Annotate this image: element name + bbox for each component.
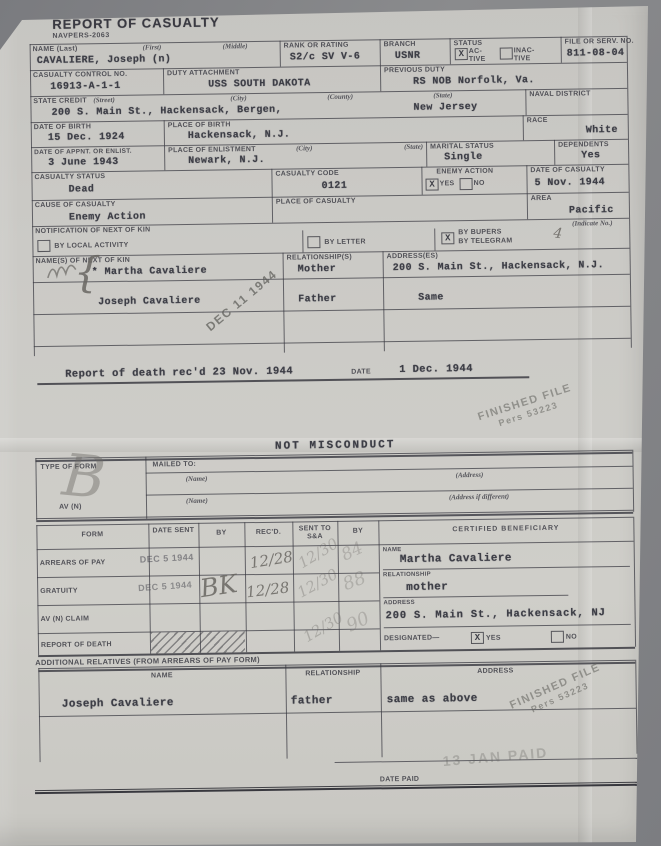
name-label: NAME (Last) <box>33 45 78 54</box>
line <box>35 458 37 520</box>
pob-value: Hackensack, N.J. <box>188 131 291 142</box>
marital-value: Single <box>444 153 483 164</box>
beneficiary-name: Martha Cavaliere <box>400 553 512 566</box>
date-paid-label: DATE PAID <box>380 776 419 785</box>
enlist-date-value: 3 June 1943 <box>48 158 119 169</box>
line <box>164 120 165 145</box>
enemy-no-label: NO <box>474 180 485 188</box>
row-av-claim-label: AV (N) CLAIM <box>41 615 90 624</box>
line <box>272 197 273 223</box>
date-label: DATE <box>351 368 371 376</box>
active-checkbox: X <box>455 48 468 60</box>
av-name-label: (Name) <box>186 498 208 505</box>
additional-name-header: NAME <box>38 671 285 682</box>
row-arrears-label: ARREARS OF PAY <box>40 559 106 568</box>
area-value: Pacific <box>569 206 614 217</box>
row-gratuity-label: GRATUITY <box>40 588 78 597</box>
cause-label: CAUSE OF CASUALTY <box>35 201 116 210</box>
line <box>635 660 637 754</box>
line <box>145 457 147 519</box>
recd-handwritten: 12/28 <box>249 550 294 571</box>
additional-row-address: same as above <box>387 694 478 706</box>
designated-yes-checkbox: X <box>471 632 484 644</box>
indicate-no-label: (Indicate No.) <box>572 220 613 228</box>
nok-relationship-header: RELATIONSHIP(S) <box>287 254 353 263</box>
casualty-date-label: DATE OF CASUALTY <box>530 166 605 175</box>
cause-value: Enemy Action <box>69 213 146 224</box>
form-number: NAVPERS-2063 <box>52 32 109 40</box>
control-value: 16913-A-1-1 <box>50 82 121 93</box>
line <box>523 115 524 140</box>
beneficiary-relationship: mother <box>406 582 448 594</box>
line <box>36 525 39 655</box>
county-label: (County) <box>327 94 353 101</box>
enemy-action-label: ENEMY ACTION <box>436 168 493 177</box>
street-label: (Street) <box>93 97 114 104</box>
line <box>146 488 633 496</box>
line <box>283 253 285 353</box>
notification-header: NOTIFICATION OF NEXT OF KIN <box>35 226 150 236</box>
middle-label: (Middle) <box>223 43 248 50</box>
previous-duty-value: RS NOB Norfolk, Va. <box>413 76 535 88</box>
by-bupers-label: BY BUPERS <box>458 229 502 238</box>
rank-label: RANK OR RATING <box>284 42 349 51</box>
duty-value: USS SOUTH DAKOTA <box>208 79 311 90</box>
av-address-label: (Address if different) <box>449 494 509 502</box>
line <box>34 338 631 347</box>
line <box>383 595 568 599</box>
nok-row-relationship: Mother <box>298 265 337 276</box>
line <box>527 193 528 219</box>
nok-address-header: ADDRESS(ES) <box>387 252 439 261</box>
enemy-no-checkbox <box>459 178 472 190</box>
line <box>280 41 281 67</box>
enemy-yes-label: YES <box>440 180 455 188</box>
line <box>383 566 630 570</box>
by-handwritten: BK <box>198 571 238 601</box>
mailed-to-label: MAILED TO: <box>152 461 196 470</box>
nok-row-relationship: Father <box>298 295 337 306</box>
line <box>163 68 164 94</box>
certified-beneficiary-header: CERTIFIED BENEFICIARY <box>378 524 633 536</box>
by-letter-checkbox <box>307 236 320 248</box>
beneficiary-relationship-label: RELATIONSHIP <box>383 572 431 580</box>
by-bupers-telegram-checkbox: X <box>441 232 454 244</box>
branch-label: BRANCH <box>384 41 416 49</box>
by-faint: 90 <box>344 610 372 636</box>
line <box>35 782 645 795</box>
paid-stamp: 13 JAN PAID <box>442 743 549 770</box>
additional-row-relationship: father <box>291 696 333 708</box>
x-mark: X <box>458 49 464 59</box>
line <box>426 142 427 167</box>
row-report-death-label: REPORT OF DEATH <box>41 641 112 650</box>
by-local-activity-checkbox <box>37 240 50 252</box>
casualty-code-label: CASUALTY CODE <box>275 170 339 179</box>
dependents-label: DEPENDENTS <box>558 141 609 150</box>
enemy-yes-checkbox: X <box>425 178 438 190</box>
additional-row-name: Joseph Cavaliere <box>62 698 174 711</box>
control-label: CASUALTY CONTROL NO. <box>33 71 127 80</box>
line <box>271 169 272 197</box>
line <box>421 167 422 195</box>
line <box>554 140 555 165</box>
line <box>434 229 435 251</box>
line <box>384 624 631 628</box>
designated-no-checkbox <box>551 631 564 643</box>
enlist-city-label: (City) <box>296 145 312 152</box>
casualty-status-value: Dead <box>69 185 95 195</box>
line <box>302 230 303 252</box>
casualty-code-value: 0121 <box>322 182 348 192</box>
form-content: REPORT OF CASUALTY NAVPERS-2063 NAME (La… <box>0 0 661 846</box>
pob-label: PLACE OF BIRTH <box>168 121 231 130</box>
received-date-stamp: DEC 11 1944 <box>203 267 281 335</box>
enlist-place-label: PLACE OF ENLISTMENT <box>168 146 256 155</box>
scanned-casualty-report: REPORT OF CASUALTY NAVPERS-2063 NAME (La… <box>0 0 661 846</box>
line <box>337 521 340 651</box>
line <box>380 39 381 65</box>
handwritten-letter-b: B <box>60 446 108 508</box>
designated-yes-label: YES <box>486 635 501 643</box>
state-credit-state-value: New Jersey <box>413 103 477 114</box>
marital-label: MARITAL STATUS <box>430 143 494 152</box>
misconduct-finding: NOT MISCONDUCT <box>235 439 435 454</box>
inactive-label: INAC-TIVE <box>514 47 542 63</box>
recd-handwritten: 12/28 <box>245 580 290 600</box>
file-value: 811-08-04 <box>567 49 625 60</box>
mailed-name-label: (Name) <box>186 476 208 483</box>
date-sent-stamp: DEC 5 1944 <box>140 552 195 566</box>
x-mark: X <box>429 180 435 190</box>
line <box>526 165 527 193</box>
casualty-status-label: CASUALTY STATUS <box>34 173 105 182</box>
line <box>146 466 633 474</box>
col-by2-header: BY <box>337 527 378 536</box>
x-mark: X <box>445 233 451 243</box>
line <box>380 65 381 91</box>
col-form-header: FORM <box>36 531 148 541</box>
inactive-checkbox <box>500 47 513 59</box>
file-label: FILE OR SERV. NO. <box>565 38 634 47</box>
line <box>164 145 165 170</box>
duty-label: DUTY ATTACHMENT <box>167 69 240 78</box>
form-title: REPORT OF CASUALTY <box>52 15 219 32</box>
line <box>450 38 451 64</box>
line <box>633 517 636 647</box>
previous-duty-label: PREVIOUS DUTY <box>384 66 445 75</box>
designated-no-label: NO <box>566 634 577 642</box>
telegram-count-handwritten: 4 <box>552 226 563 241</box>
additional-relationship-header: RELATIONSHIP <box>285 669 380 678</box>
nok-row-name: * Martha Cavaliere <box>92 267 207 279</box>
enlist-place-value: Newark, N.J. <box>188 156 265 167</box>
designated-label: DESIGNATED— <box>384 634 440 643</box>
dependents-value: Yes <box>581 151 600 161</box>
city-label: (City) <box>230 95 246 102</box>
x-mark: X <box>475 633 481 643</box>
line <box>38 647 635 657</box>
state-label: (State) <box>433 92 452 99</box>
dob-value: 15 Dec. 1924 <box>48 133 125 144</box>
naval-district-label: NAVAL DISTRICT <box>529 90 590 99</box>
state-credit-value: 200 S. Main St., Hackensack, Bergen, <box>51 106 282 119</box>
first-label: (First) <box>143 44 162 51</box>
pencil-scribble <box>46 257 80 283</box>
line <box>378 520 381 650</box>
col-date-sent-header: DATE SENT <box>151 527 195 536</box>
beneficiary-address-label: ADDRESS <box>383 600 415 607</box>
line <box>632 450 634 512</box>
line <box>525 89 526 115</box>
col-recd-header: REC'D. <box>244 529 292 538</box>
by-letter-label: BY LETTER <box>324 238 366 247</box>
area-label: AREA <box>531 195 552 203</box>
nok-row-name: Joseph Cavaliere <box>98 297 201 308</box>
race-label: RACE <box>527 117 548 125</box>
nok-row-address: Same <box>418 293 444 303</box>
rank-value: S2/c SV V-6 <box>290 53 361 64</box>
name-value: CAVALIERE, Joseph (n) <box>37 55 172 67</box>
state-credit-label: STATE CREDIT <box>33 97 87 106</box>
col-by-header: BY <box>198 529 244 538</box>
by-telegram-label: BY TELEGRAM <box>458 237 512 246</box>
report-received-text: Report of death rec'd 23 Nov. 1944 <box>65 367 293 381</box>
hatched-cell <box>151 631 245 653</box>
beneficiary-address: 200 S. Main St., Hackensack, NJ <box>386 608 606 622</box>
dob-label: DATE OF BIRTH <box>34 123 92 132</box>
line <box>561 37 562 63</box>
paper-sheet: REPORT OF CASUALTY NAVPERS-2063 NAME (La… <box>0 0 661 846</box>
place-of-casualty-label: PLACE OF CASUALTY <box>276 198 356 207</box>
mailed-address-label: (Address) <box>456 472 484 479</box>
branch-value: USNR <box>395 52 421 62</box>
enlist-date-label: DATE OF APPNT. OR ENLIST. <box>34 148 132 157</box>
report-received-date: 1 Dec. 1944 <box>399 364 473 376</box>
line <box>383 251 385 351</box>
race-value: White <box>586 126 618 136</box>
enlist-state-label: (State) <box>404 144 423 151</box>
casualty-date-value: 5 Nov. 1944 <box>535 178 606 189</box>
active-label: AC-TIVE <box>469 48 493 64</box>
nok-row-address: 200 S. Main St., Hackensack, N.J. <box>393 261 604 274</box>
date-sent-stamp: DEC 5 1944 <box>138 580 193 595</box>
sent-sa-faint: 12/30 <box>295 567 340 601</box>
